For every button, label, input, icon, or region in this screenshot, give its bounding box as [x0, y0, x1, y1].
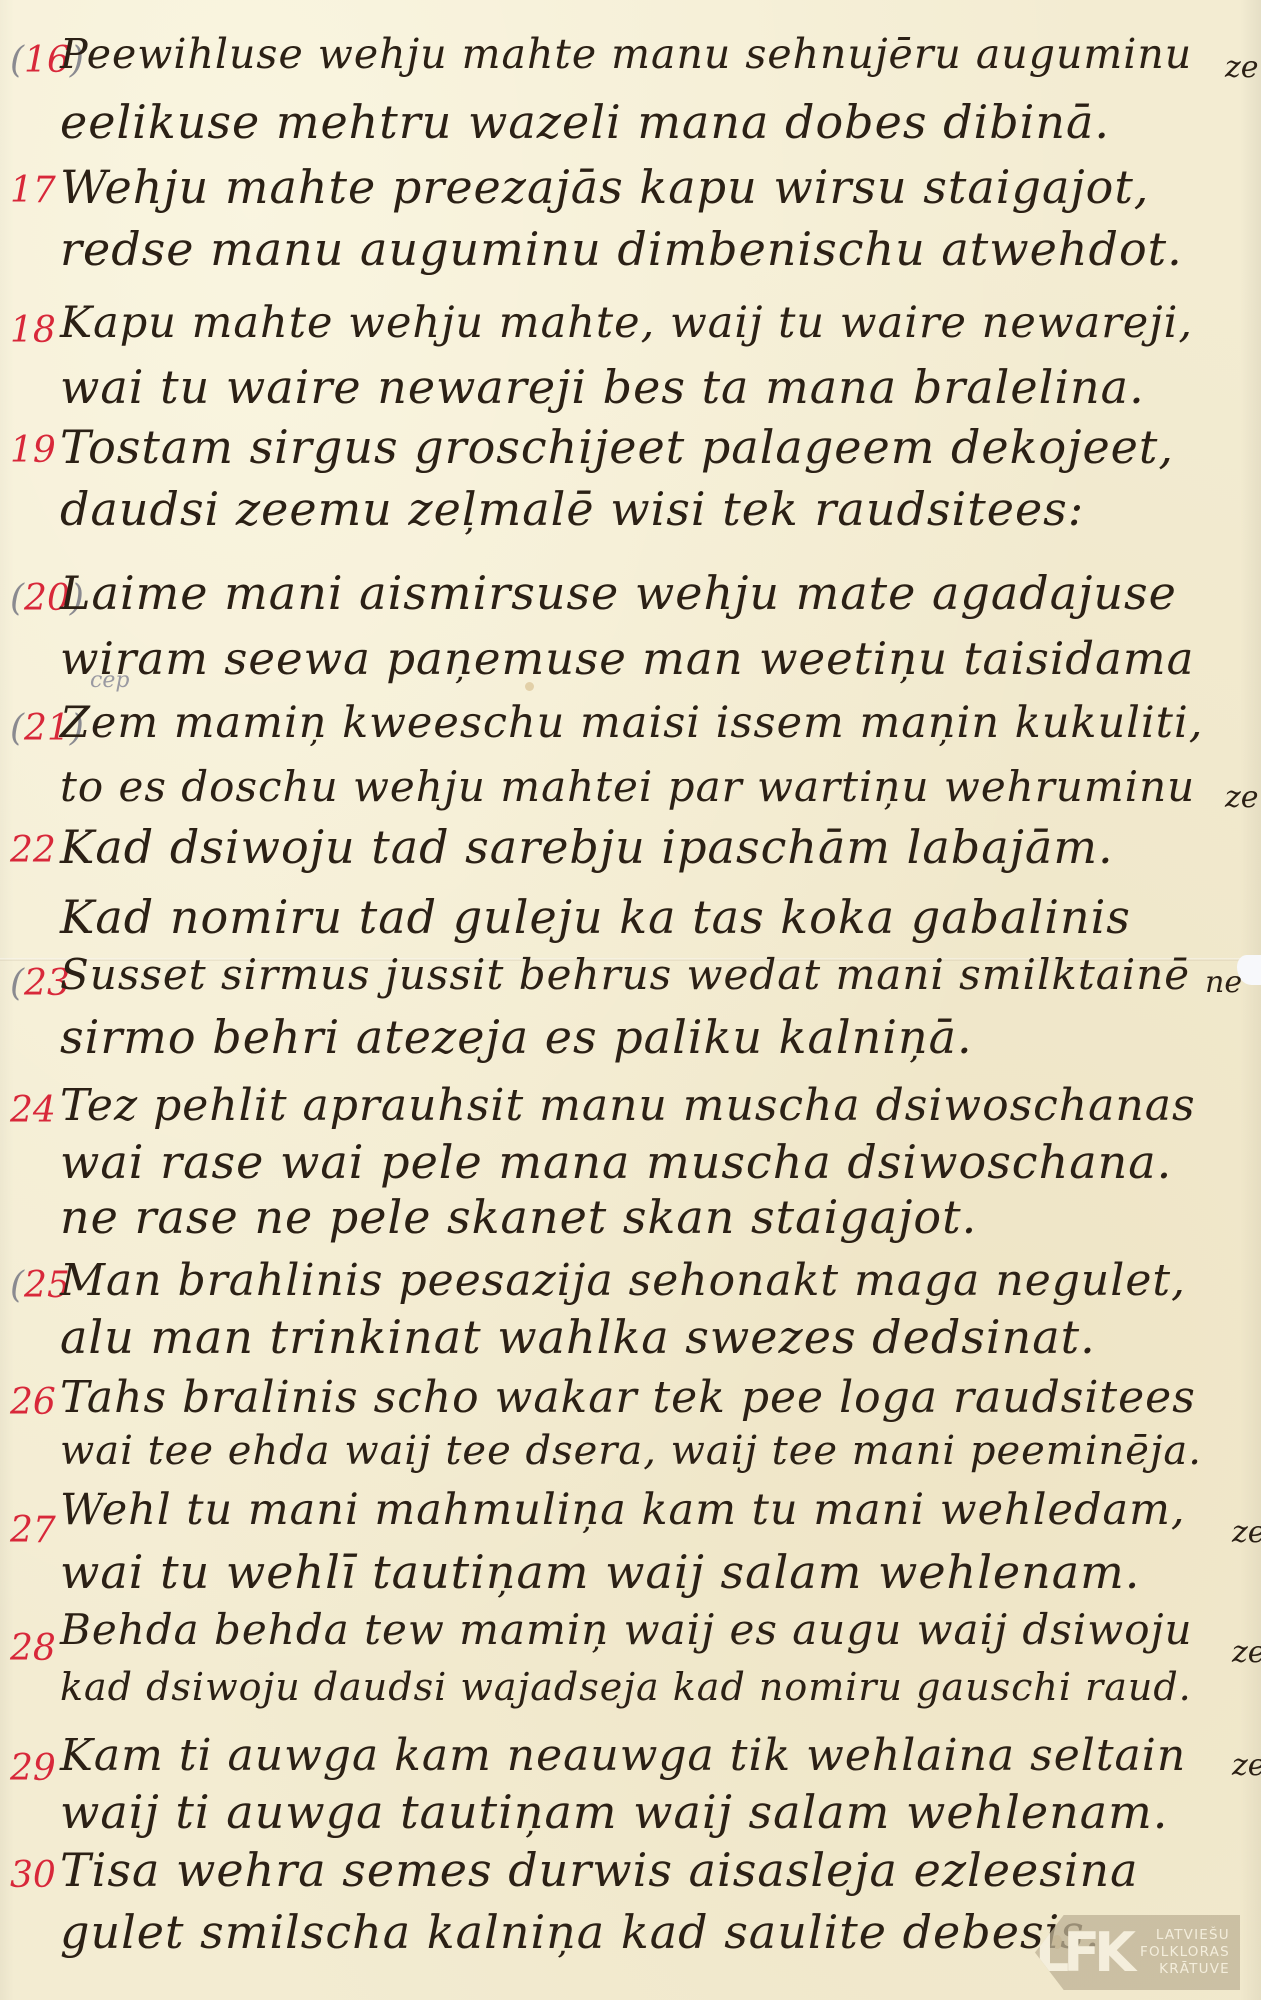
verse-line: eelikuse mehtru wazeli mana dobes dibinā… [60, 95, 1110, 149]
verse-line: ne rase ne pele skanet skan staigajot. [60, 1190, 977, 1244]
verse-line: Tisa wehra semes durwis aisasleja ezlees… [60, 1843, 1139, 1897]
margin-note: ze [1225, 780, 1259, 815]
logo-text-line: LATVIEŠU [1156, 1927, 1230, 1944]
verse-line: sirmo behri atezeja es paliku kalniņā. [60, 1010, 973, 1064]
margin-note: ze [1225, 50, 1259, 85]
verse-line: Tahs bralinis scho wakar tek pee loga ra… [60, 1372, 1196, 1423]
margin-note: ze [1232, 1515, 1261, 1550]
verse-line: Zem mamiņ kweeschu maisi issem maņin kuk… [60, 698, 1203, 748]
verse-line: wai tu waire newareji bes ta mana bralel… [60, 360, 1145, 414]
verse-line: redse manu auguminu dimbenischu atwehdot… [60, 222, 1183, 276]
verse-line: wiram seewa paņemuse man weetiņu taisida… [60, 632, 1194, 685]
verse-line: alu man trinkinat wahlka swezes dedsinat… [60, 1310, 1096, 1364]
verse-line: Behda behda tew mamiņ waij es augu waij … [60, 1605, 1193, 1654]
verse-line: wai tee ehda waij tee dsera, waij tee ma… [60, 1428, 1202, 1474]
verse-line: Peewihluse wehju mahte manu sehnujēru au… [60, 30, 1192, 78]
verse-line: kad dsiwoju daudsi wajadseja kad nomiru … [60, 1665, 1192, 1709]
verse-line: Susset sirmus jussit behrus wedat mani s… [60, 950, 1190, 999]
verse-line: daudsi zeemu zeļmalē wisi tek raudsitees… [60, 482, 1084, 536]
lfk-watermark-logo: LFK LATVIEŠU FOLKLORAS KRĀTUVE [1035, 1915, 1240, 1990]
logo-text: LATVIEŠU FOLKLORAS KRĀTUVE [1134, 1927, 1230, 1978]
manuscript-page: (16) Peewihluse wehju mahte manu sehnujē… [0, 0, 1261, 2000]
verse-line: wai tu wehlī tautiņam waij salam wehlena… [60, 1545, 1140, 1599]
pencil-note: cep [90, 668, 129, 693]
verse-line: to es doschu wehju mahtei par wartiņu we… [60, 762, 1195, 811]
logo-text-line: FOLKLORAS [1140, 1944, 1230, 1961]
margin-note: ne [1205, 965, 1242, 1000]
verse-line: Wehju mahte preezajās kapu wirsu staigaj… [60, 160, 1149, 214]
verse-line: Laime mani aismirsuse wehju mate agadaju… [60, 566, 1177, 620]
margin-note: ze [1232, 1748, 1261, 1783]
verse-line: Wehl tu mani mahmuliņa kam tu mani wehle… [60, 1485, 1186, 1535]
verse-line: Tez pehlit aprauhsit manu muscha dsiwosc… [60, 1080, 1196, 1131]
verse-line: Kapu mahte wehju mahte, waij tu waire ne… [60, 298, 1193, 348]
verse-line: wai rase wai pele mana muscha dsiwoschan… [60, 1135, 1172, 1189]
margin-note: ze [1232, 1635, 1261, 1670]
verse-line: Tostam sirgus groschijeet palageem dekoj… [60, 420, 1174, 474]
verse-line: gulet smilscha kalniņa kad saulite debes… [60, 1905, 1101, 1959]
logo-text-line: KRĀTUVE [1159, 1961, 1230, 1978]
verse-line: Kad nomiru tad guleju ka tas koka gabali… [60, 890, 1131, 944]
verse-line: Kam ti auwga kam neauwga tik wehlaina se… [60, 1730, 1186, 1781]
verse-line: waij ti auwga tautiņam waij salam wehlen… [60, 1785, 1168, 1839]
verse-line: Man brahlinis peesazija sehonakt maga ne… [60, 1255, 1186, 1306]
verse-line: Kad dsiwoju tad sarebju ipaschām labajām… [60, 820, 1114, 874]
